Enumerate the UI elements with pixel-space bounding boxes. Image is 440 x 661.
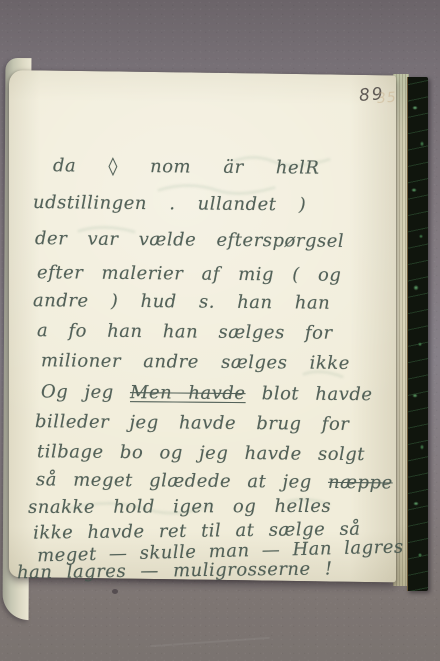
handwriting-text: så meget glædede at jeg: [36, 469, 328, 493]
handwriting-text: han lagres — muligrosserne !: [17, 558, 333, 583]
handwriting-line: han lagres — muligrosserne !: [17, 558, 333, 583]
felt-scratch: [150, 637, 270, 647]
handwriting-text: blot havde: [246, 383, 373, 405]
handwriting-text: da ◊ nom är helR: [53, 155, 320, 178]
handwriting-line: udstillingen . ullandet ): [33, 192, 306, 215]
handwriting-text: efter malerier af mig ( og: [37, 262, 341, 286]
handwriting-line: snakke hold igen og helles: [28, 496, 331, 518]
handwriting-block: da ◊ nom är helR udstillingen . ullandet…: [9, 70, 396, 582]
struck-text: næppe: [328, 472, 393, 494]
handwriting-text: udstillingen . ullandet ): [33, 192, 306, 215]
handwriting-line: da ◊ nom är helR: [53, 155, 320, 178]
handwriting-line: a fo han han sælges for: [37, 320, 333, 344]
handwriting-line: efter malerier af mig ( og: [37, 262, 341, 286]
handwriting-line: tilbage bo og jeg havde solgt: [37, 441, 365, 465]
felt-speck: [112, 589, 118, 594]
handwriting-text: billeder jeg havde brug for: [35, 411, 349, 435]
struck-text: Men havde: [130, 382, 246, 404]
handwriting-line: så meget glædede at jeg næppe: [36, 469, 393, 493]
notebook-page: 89 35 da ◊ nom är helR udstillingen . ul…: [9, 70, 396, 582]
handwriting-text: der var vælde efterspørgsel: [35, 228, 344, 252]
handwriting-line: andre ) hud s. han han: [33, 290, 330, 314]
handwriting-text: milioner andre sælges ikke: [41, 350, 350, 374]
handwriting-text: snakke hold igen og helles: [28, 496, 331, 518]
handwriting-line: Og jeg Men havde blot havde: [41, 381, 373, 405]
handwriting-text: a fo han han sælges for: [37, 320, 333, 344]
marbled-book-cover: [407, 77, 428, 591]
handwriting-line: der var vælde efterspørgsel: [35, 228, 344, 252]
handwriting-line: billeder jeg havde brug for: [35, 411, 349, 435]
photo-backdrop: 89 35 da ◊ nom är helR udstillingen . ul…: [0, 0, 440, 661]
handwriting-text: Og jeg: [41, 381, 130, 403]
handwriting-text: tilbage bo og jeg havde solgt: [37, 441, 365, 465]
handwriting-text: andre ) hud s. han han: [33, 290, 330, 314]
handwriting-line: milioner andre sælges ikke: [41, 350, 350, 374]
